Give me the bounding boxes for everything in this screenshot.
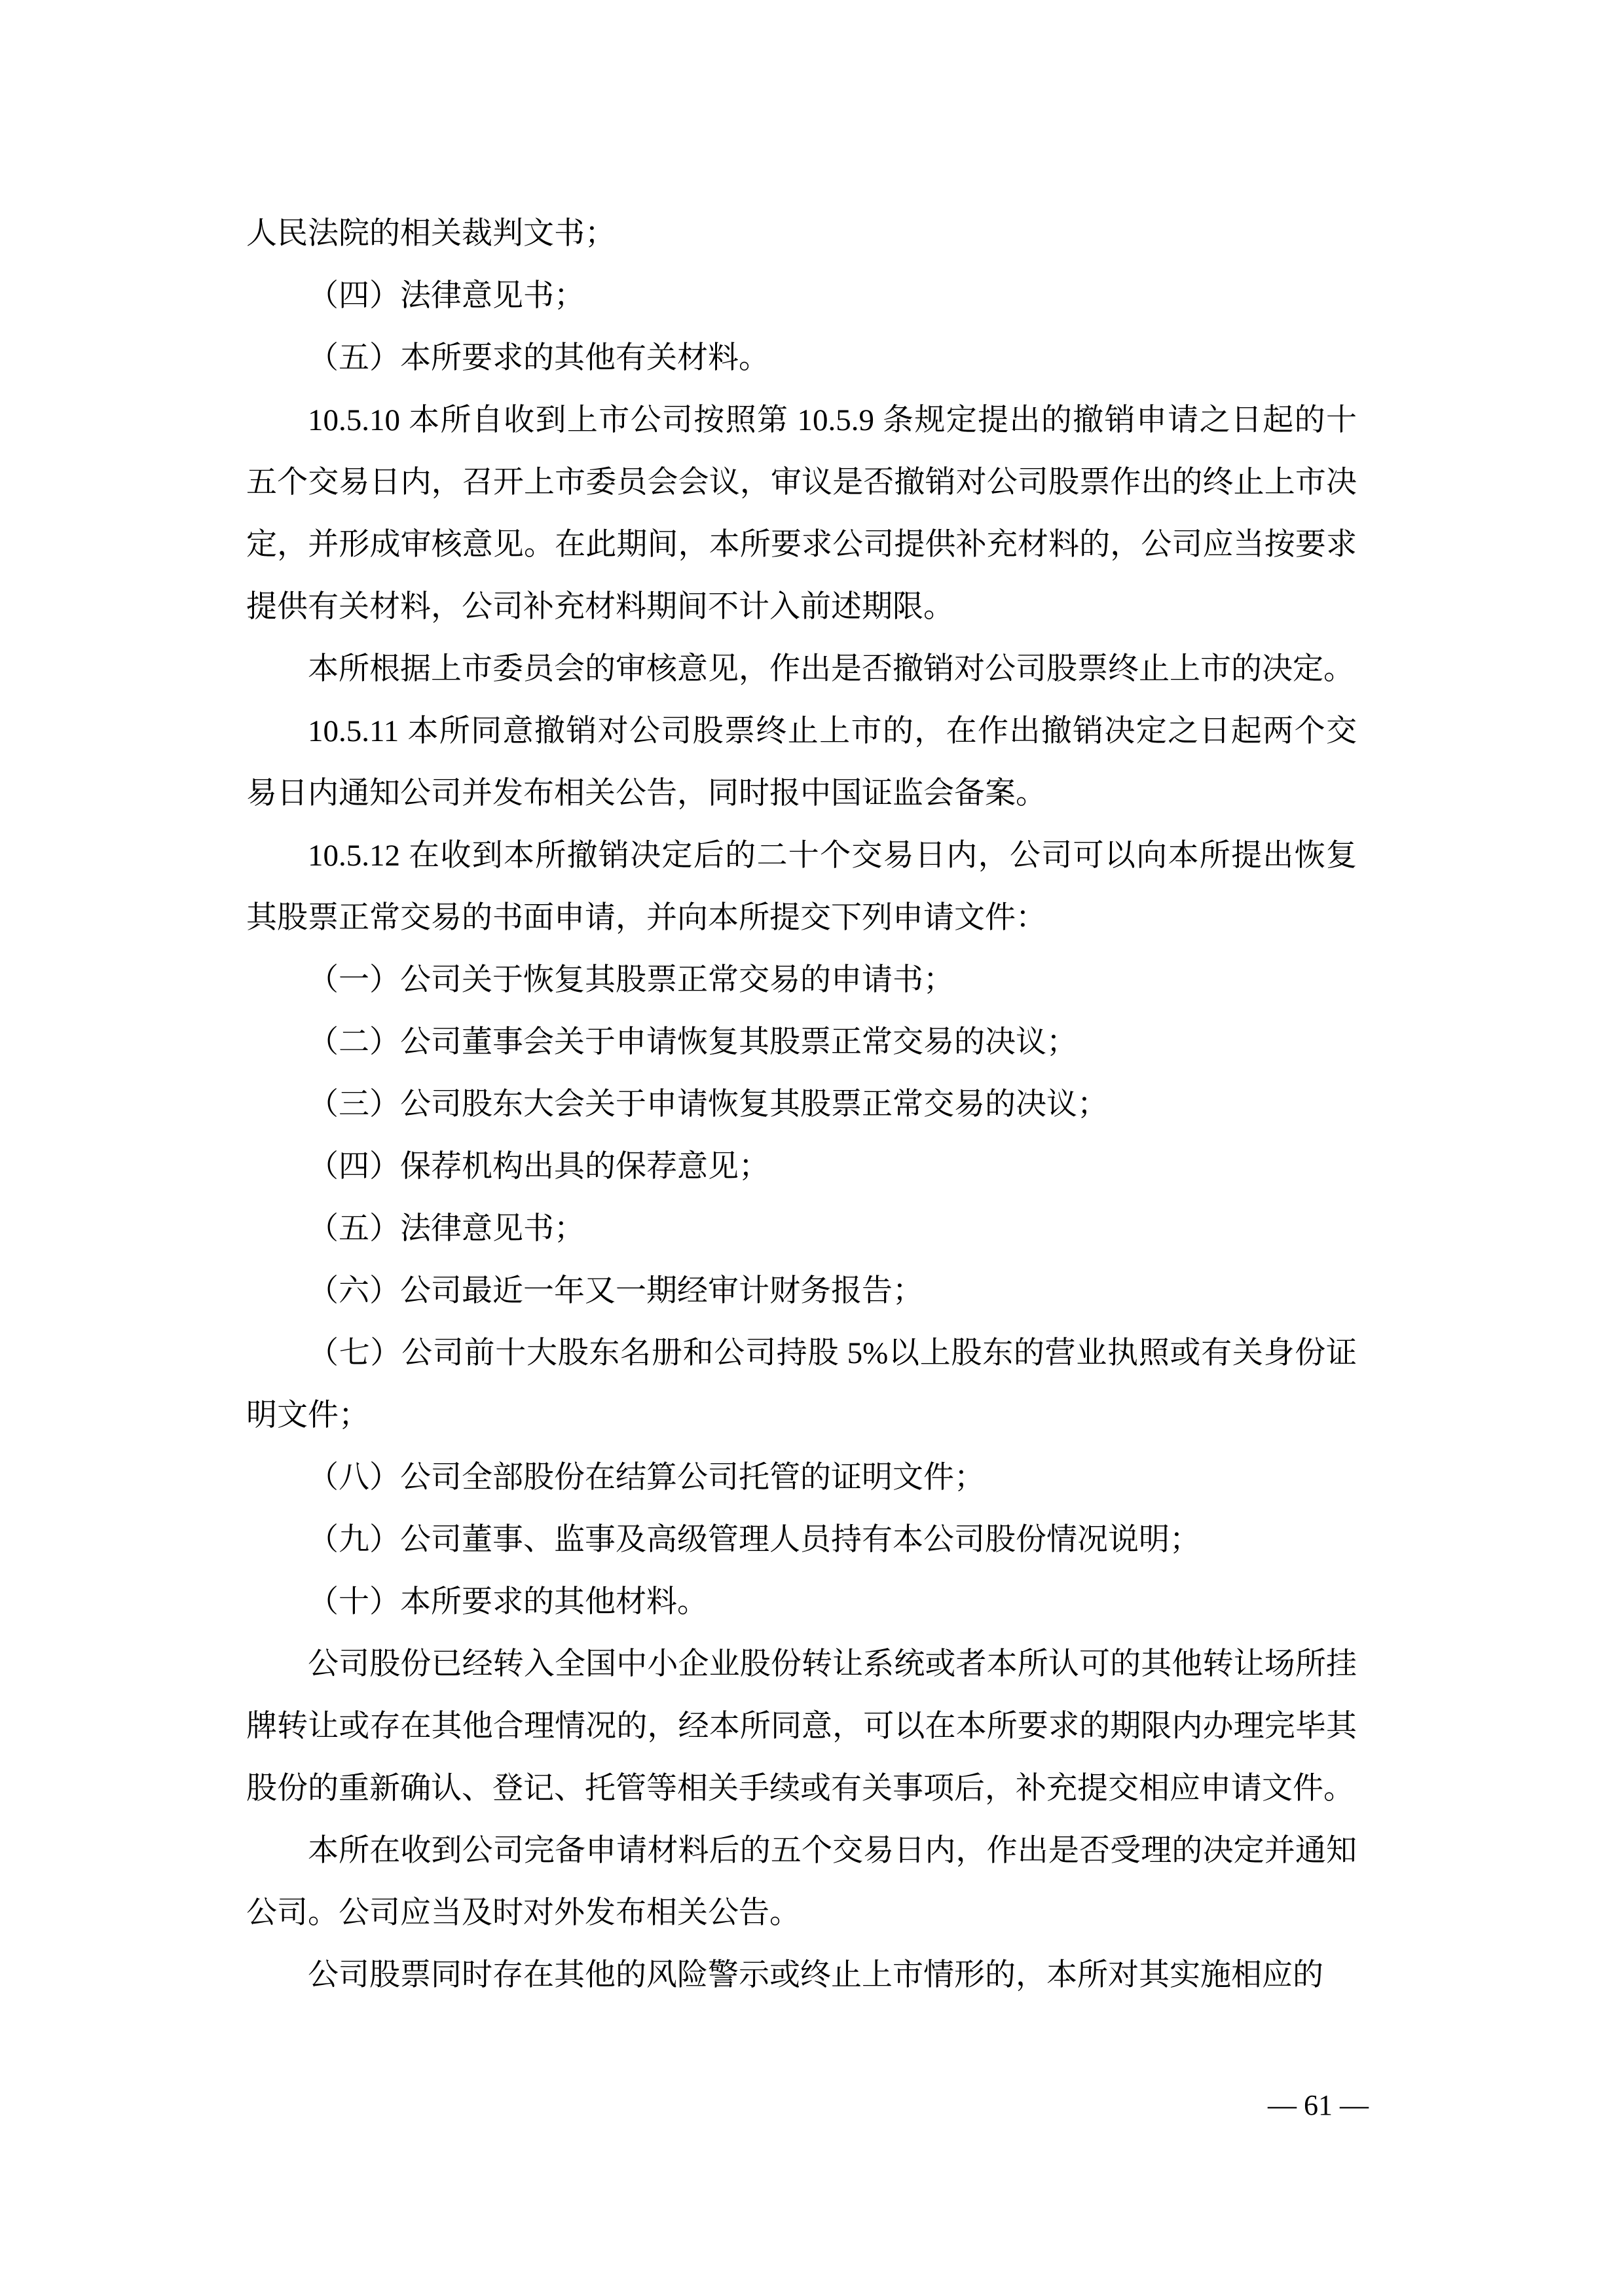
paragraph: （四）法律意见书； [246,265,1357,327]
paragraph: （八）公司全部股份在结算公司托管的证明文件； [246,1447,1357,1509]
paragraph: （六）公司最近一年又一期经审计财务报告； [246,1260,1357,1322]
paragraph: 10.5.10 本所自收到上市公司按照第 10.5.9 条规定提出的撤销申请之日… [246,390,1357,638]
paragraph: 公司股票同时存在其他的风险警示或终止上市情形的，本所对其实施相应的 [246,1944,1357,2007]
paragraph: 公司股份已经转入全国中小企业股份转让系统或者本所认可的其他转让场所挂牌转让或存在… [246,1633,1357,1820]
paragraph: 10.5.12 在收到本所撤销决定后的二十个交易日内，公司可以向本所提出恢复其股… [246,825,1357,949]
paragraph: 人民法院的相关裁判文书； [246,203,1357,265]
paragraph: （七）公司前十大股东名册和公司持股 5%以上股东的营业执照或有关身份证明文件； [246,1322,1357,1447]
paragraph: （九）公司董事、监事及高级管理人员持有本公司股份情况说明； [246,1509,1357,1571]
paragraph: 本所根据上市委员会的审核意见，作出是否撤销对公司股票终止上市的决定。 [246,638,1357,701]
paragraph: （三）公司股东大会关于申请恢复其股票正常交易的决议； [246,1074,1357,1136]
document-body: 人民法院的相关裁判文书； （四）法律意见书； （五）本所要求的其他有关材料。 1… [246,203,1357,2007]
paragraph: （一）公司关于恢复其股票正常交易的申请书； [246,949,1357,1011]
document-page: 人民法院的相关裁判文书； （四）法律意见书； （五）本所要求的其他有关材料。 1… [0,0,1624,2296]
page-number: — 61 — [1268,2086,1369,2125]
paragraph: （五）本所要求的其他有关材料。 [246,327,1357,390]
paragraph: 10.5.11 本所同意撤销对公司股票终止上市的，在作出撤销决定之日起两个交易日… [246,701,1357,825]
paragraph: （四）保荐机构出具的保荐意见； [246,1136,1357,1198]
paragraph: （十）本所要求的其他材料。 [246,1571,1357,1633]
paragraph: （五）法律意见书； [246,1198,1357,1260]
paragraph: 本所在收到公司完备申请材料后的五个交易日内，作出是否受理的决定并通知公司。公司应… [246,1820,1357,1944]
paragraph: （二）公司董事会关于申请恢复其股票正常交易的决议； [246,1011,1357,1074]
